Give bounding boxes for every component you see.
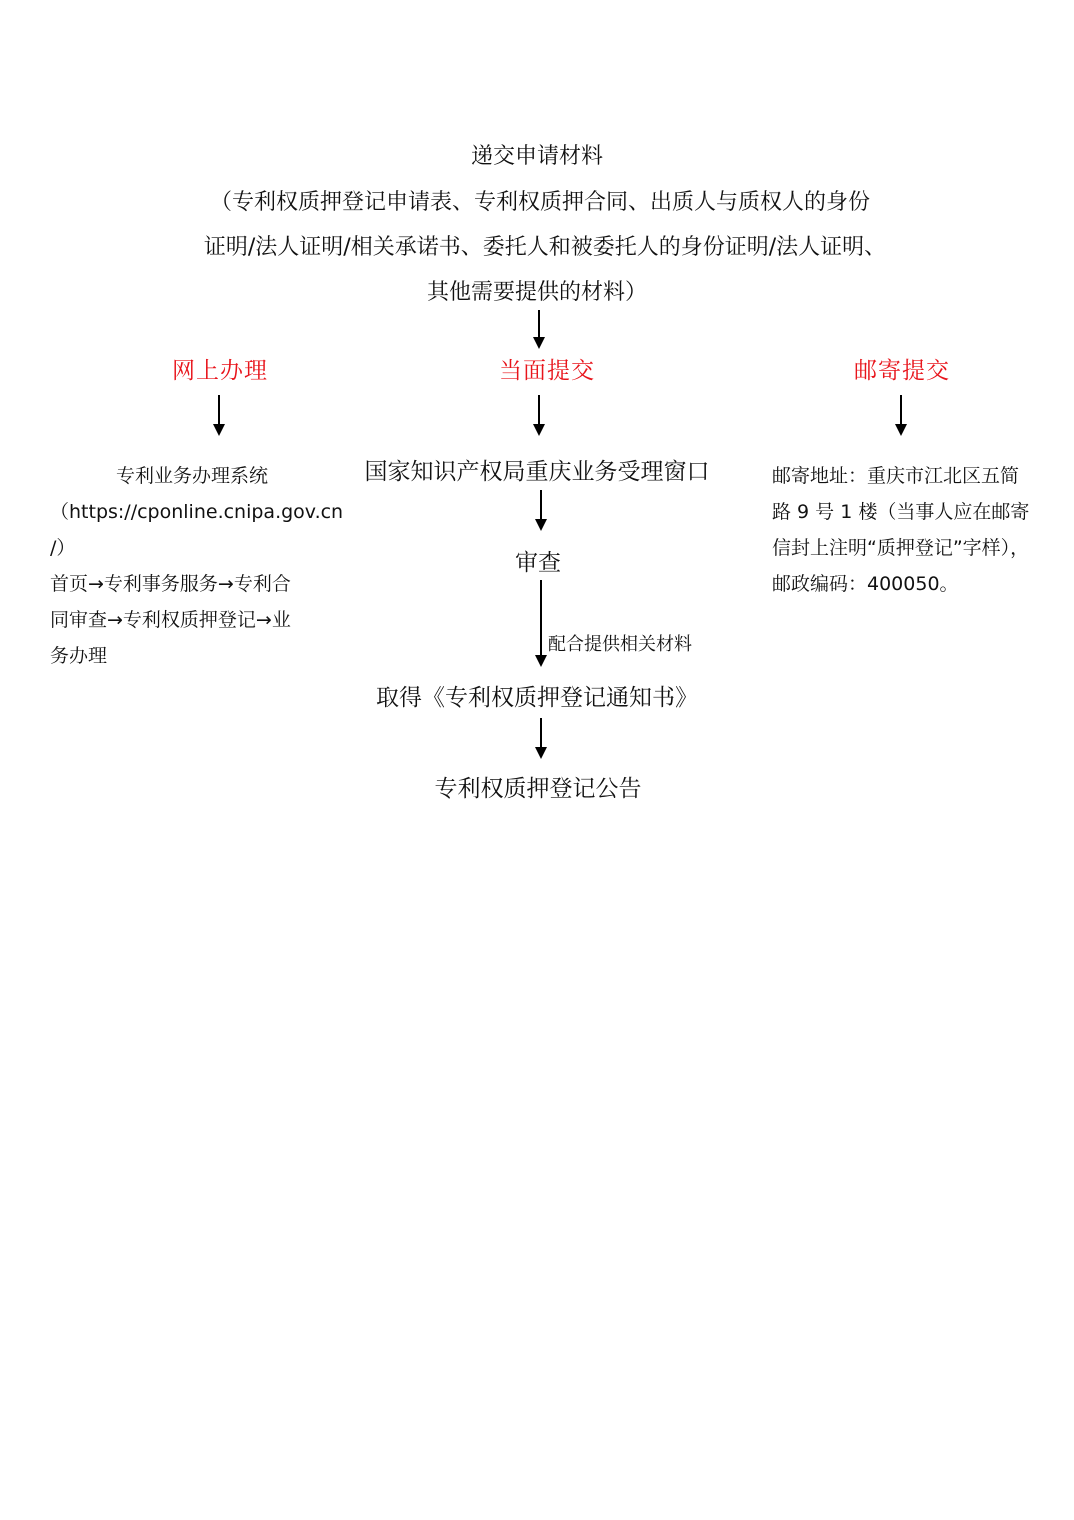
step-review: 审查 [515, 547, 561, 579]
mail-postal-code: 邮政编码：400050。 [772, 566, 1072, 602]
method-online-label: 网上办理 [172, 352, 268, 385]
arrow-down-icon [535, 490, 547, 531]
method-in-person-label: 当面提交 [499, 352, 595, 385]
mail-address-line-2: 路 9 号 1 楼（当事人应在邮寄 [772, 494, 1072, 530]
arrow-down-icon [535, 580, 547, 667]
method-mail-label: 邮寄提交 [854, 352, 950, 385]
mail-address-line-3: 信封上注明“质押登记”字样）， [772, 530, 1072, 566]
arrow-down-icon [533, 395, 545, 436]
online-url-line-2: /） [50, 530, 350, 566]
in-person-window: 国家知识产权局重庆业务受理窗口 [365, 456, 710, 488]
materials-line-1: （专利权质押登记申请表、专利权质押合同、出质人与质权人的身份 [210, 188, 870, 218]
step-announcement: 专利权质押登记公告 [435, 773, 642, 805]
arrow-down-icon [213, 395, 225, 436]
online-path-line-2: 同审查→专利权质押登记→业 [50, 602, 350, 638]
online-system-name: 专利业务办理系统 [50, 458, 350, 494]
online-path-line-1: 首页→专利事务服务→专利合 [50, 566, 350, 602]
flow-title: 递交申请材料 [471, 142, 603, 172]
review-note: 配合提供相关材料 [548, 630, 692, 656]
arrow-down-icon [895, 395, 907, 436]
mail-details: 邮寄地址：重庆市江北区五简 路 9 号 1 楼（当事人应在邮寄 信封上注明“质押… [772, 458, 1072, 602]
materials-line-3: 其他需要提供的材料） [427, 278, 647, 308]
arrow-down-icon [533, 310, 545, 349]
online-url-line-1[interactable]: （https://cponline.cnipa.gov.cn [50, 494, 350, 530]
online-details: 专利业务办理系统 （https://cponline.cnipa.gov.cn … [50, 458, 350, 674]
arrow-down-icon [535, 718, 547, 759]
materials-line-2: 证明/法人证明/相关承诺书、委托人和被委托人的身份证明/法人证明、 [204, 233, 886, 263]
online-path-line-3: 务办理 [50, 638, 350, 674]
step-notice: 取得《专利权质押登记通知书》 [376, 682, 698, 714]
mail-address-line-1: 邮寄地址：重庆市江北区五简 [772, 458, 1072, 494]
